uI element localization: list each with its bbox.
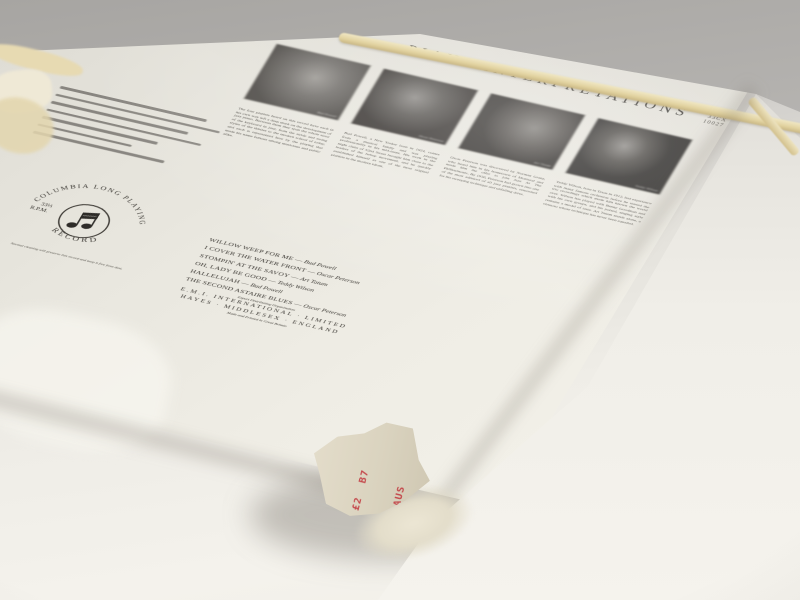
photo-caption-3: Art Tatum xyxy=(533,161,551,167)
columbia-logo: COLUMBIA LONG PLAYING 33⅓ R.P.M. RE xyxy=(0,159,180,285)
artist-photo-2: Oscar Peterson xyxy=(351,69,477,145)
artist-photo-4: Teddy Wilson xyxy=(566,118,692,194)
svg-text:COLUMBIA LONG PLAYING: COLUMBIA LONG PLAYING xyxy=(31,172,163,227)
artist-photo-1: Bud Powell xyxy=(244,44,370,120)
record-label: RECORD xyxy=(47,225,103,247)
tracklist-upper-line xyxy=(33,131,165,163)
svg-text:RECORD: RECORD xyxy=(47,225,103,247)
tracklist-upper-line xyxy=(55,93,220,133)
artist-photo-3: Art Tatum xyxy=(459,94,585,170)
photo-frame: PIANO INTERPRETATIONS 33CX 10027 Bud Pow… xyxy=(0,0,800,600)
columbia-arc-text: COLUMBIA LONG PLAYING xyxy=(31,172,163,227)
photo-caption-4: Teddy Wilson xyxy=(635,185,659,193)
tracklist-upper-line xyxy=(51,101,189,135)
photo-caption-2: Oscar Peterson xyxy=(418,135,444,143)
sticker-line: £2 B7 xyxy=(350,461,375,512)
photo-caption-1: Bud Powell xyxy=(317,111,337,118)
magic-notes-icon xyxy=(65,208,100,232)
